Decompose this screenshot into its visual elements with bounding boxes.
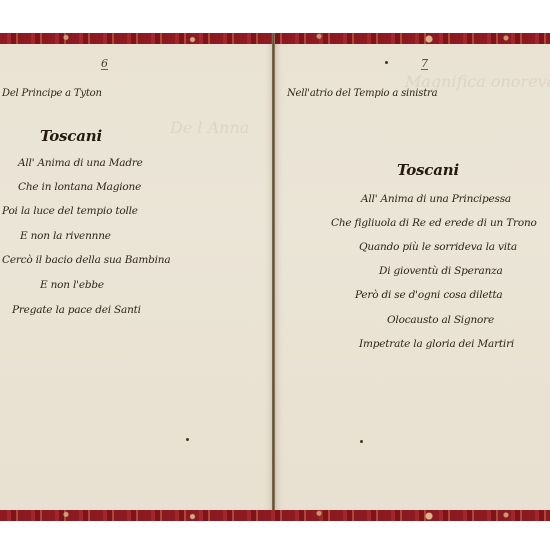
ink-spot	[385, 61, 388, 64]
ink-spot	[360, 440, 363, 443]
verse-line: Poi la luce del tempio tolle	[2, 205, 138, 217]
verse-line: All' Anima di una Principessa	[361, 193, 511, 205]
bleed-through-text: De l Anna	[170, 118, 249, 137]
ink-spot	[186, 438, 189, 441]
page-number: 6	[101, 58, 108, 70]
left-page: De l Anna 6 Del Principe a Tyton Toscani…	[0, 44, 273, 510]
right-page: Magnifica onorevole 7 Nell'atrio del Tem…	[275, 44, 550, 510]
verse-line: E non la rivennne	[20, 230, 111, 242]
marbled-cover-top-edge	[0, 33, 550, 44]
page-header: Nell'atrio del Tempio a sinistra	[287, 88, 437, 99]
page-number: 7	[421, 58, 428, 70]
page-header: Del Principe a Tyton	[2, 88, 102, 99]
page-title: Toscani	[40, 127, 102, 145]
verse-line: Quando più le sorrideva la vita	[359, 241, 517, 253]
page-title: Toscani	[397, 161, 459, 179]
verse-line: Che figliuola di Re ed erede di un Trono	[331, 217, 537, 229]
verse-line: Impetrate la gloria dei Martiri	[359, 338, 514, 350]
verse-line: E non l'ebbe	[40, 279, 104, 291]
verse-line: Di gioventù di Speranza	[379, 265, 503, 277]
verse-line: Però di se d'ogni cosa diletta	[355, 289, 503, 301]
verse-line: Pregate la pace dei Santi	[12, 304, 141, 316]
marbled-cover-bottom-edge	[0, 510, 550, 521]
verse-line: Olocausto al Signore	[387, 314, 494, 326]
verse-line: Che in lontana Magione	[18, 181, 141, 193]
verse-line: All' Anima di una Madre	[18, 157, 143, 169]
open-manuscript: De l Anna 6 Del Principe a Tyton Toscani…	[0, 33, 550, 520]
verse-line: Cercò il bacio della sua Bambina	[2, 254, 170, 266]
